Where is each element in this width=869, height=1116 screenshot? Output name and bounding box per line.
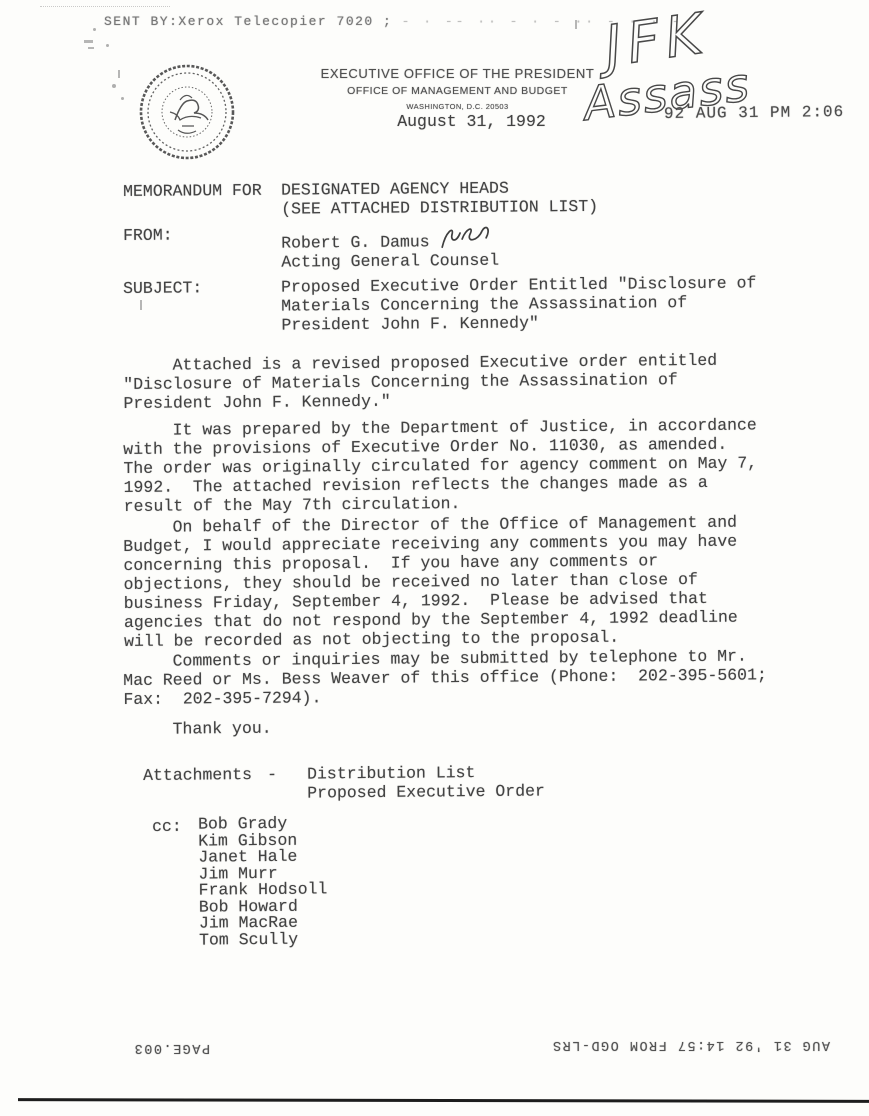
cc-label: cc: xyxy=(152,817,199,949)
memo-subject-row: SUBJECT: Proposed Executive Order Entitl… xyxy=(123,273,833,336)
scan-artifact xyxy=(106,44,109,47)
attachments-label: Attachments xyxy=(143,765,267,804)
memo-to-label: MEMORANDUM FOR xyxy=(123,181,281,220)
fax-sent-by-text: SENT BY:Xerox Telecopier 7020 ; xyxy=(104,14,392,29)
memo-subject-value: Proposed Executive Order Entitled "Discl… xyxy=(281,273,833,335)
body-paragraph-3: On behalf of the Director of the Office … xyxy=(123,512,834,651)
attachments-value: Distribution List Proposed Executive Ord… xyxy=(307,762,545,802)
closing-text: Thank you. xyxy=(123,714,833,739)
scan-artifact xyxy=(112,84,116,88)
memo-to-value: DESIGNATED AGENCY HEADS (SEE ATTACHED DI… xyxy=(281,176,833,219)
memo-from-name: Robert G. Damus xyxy=(281,232,430,252)
scan-artifact xyxy=(40,6,170,7)
scan-artifact xyxy=(118,70,120,78)
body-paragraph-4: Comments or inquiries may be submitted b… xyxy=(123,646,833,709)
scanned-memo-page: SENT BY:Xerox Telecopier 7020 ; - · -- ·… xyxy=(0,0,869,1116)
scan-artifact xyxy=(575,20,577,29)
eop-seal-icon xyxy=(131,60,243,169)
date-received-stamp: 92 AUG 31 PM 2:06 xyxy=(664,103,844,123)
bottom-scan-line xyxy=(18,1098,869,1103)
cc-names-list: Bob Grady Kim Gibson Janet Hale Jim Murr… xyxy=(198,815,328,948)
attachments-dash: - xyxy=(267,765,307,803)
memo-from-row: FROM: Robert G. Damus Acting General Cou… xyxy=(123,220,833,273)
fax-footer-timestamp: AUG 31 '92 14:57 FROM OGD-LRS xyxy=(512,1037,830,1052)
fax-footer-page-number: PAGE.003 xyxy=(78,1040,210,1055)
memo-from-label: FROM: xyxy=(123,225,281,273)
memo-subject-label: SUBJECT: xyxy=(123,278,281,336)
memo-from-title: Acting General Counsel xyxy=(281,248,833,272)
body-paragraph-2: It was prepared by the Department of Jus… xyxy=(123,415,834,516)
body-paragraph-1: Attached is a revised proposed Executive… xyxy=(123,350,833,413)
scan-artifact xyxy=(121,97,124,100)
memo-to-row: MEMORANDUM FOR DESIGNATED AGENCY HEADS (… xyxy=(123,176,833,220)
attachments-row: Attachments - Distribution List Proposed… xyxy=(143,761,743,804)
scan-artifact xyxy=(88,47,94,49)
scan-artifact xyxy=(84,40,93,43)
signature-initials-icon xyxy=(438,223,496,252)
scan-artifact xyxy=(93,28,96,31)
scan-artifact xyxy=(140,300,142,310)
cc-row: cc: Bob Grady Kim Gibson Janet Hale Jim … xyxy=(152,814,553,949)
